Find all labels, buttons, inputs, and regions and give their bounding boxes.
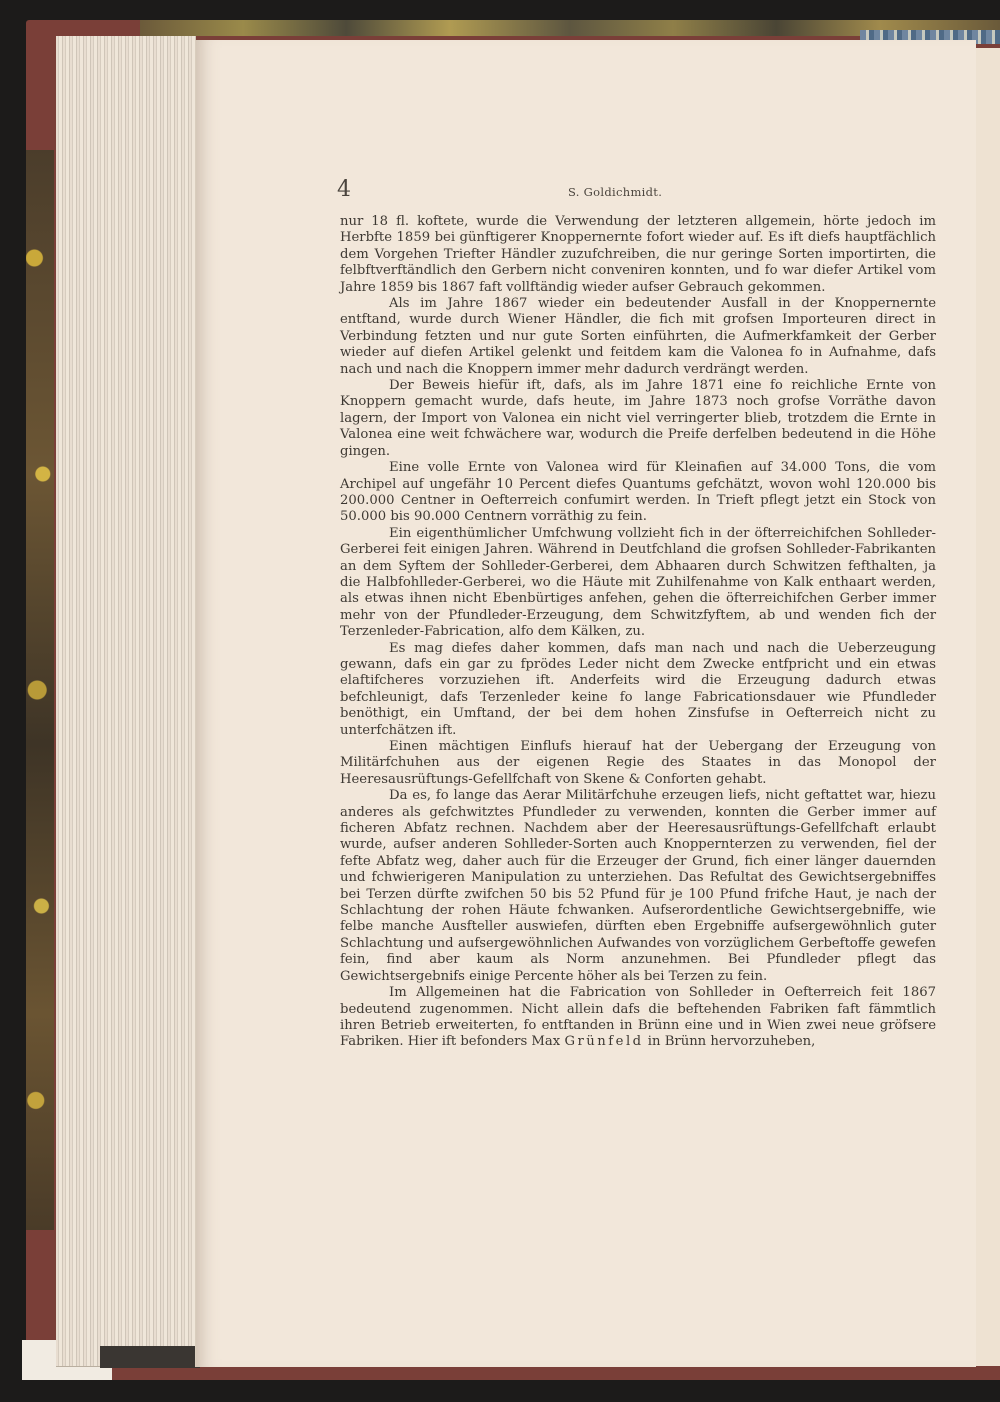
body-text: nur 18 fl. koftete, wurde die Verwendung… bbox=[340, 214, 936, 1051]
paragraph: Als im Jahre 1867 wieder ein bedeutender… bbox=[340, 296, 936, 378]
paragraph-text: in Brünn hervorzuheben, bbox=[644, 1034, 816, 1049]
facing-page-edge bbox=[975, 48, 1000, 1366]
paragraph-last: Im Allgemeinen hat die Fabrication von S… bbox=[340, 985, 936, 1051]
paragraph: Eine volle Ernte von Valonea wird für Kl… bbox=[340, 460, 936, 526]
paragraph: Es mag diefes daher kommen, dafs man nac… bbox=[340, 641, 936, 739]
paragraph: Der Beweis hiefür ift, dafs, als im Jahr… bbox=[340, 378, 936, 460]
page-stack-edge bbox=[56, 36, 196, 1367]
marbled-board-left bbox=[26, 150, 54, 1230]
paragraph: nur 18 fl. koftete, wurde die Verwendung… bbox=[340, 214, 936, 296]
paragraph: Ein eigenthümlicher Umfchwung vollzieht … bbox=[340, 526, 936, 641]
page-number: 4 bbox=[337, 177, 351, 202]
paragraph: Einen mächtigen Einflufs hierauf hat der… bbox=[340, 739, 936, 788]
paragraph: Da es, fo lange das Aerar Militärfchuhe … bbox=[340, 788, 936, 985]
spaced-name: Grünfeld bbox=[564, 1034, 643, 1049]
running-head: S. Goldichmidt. bbox=[568, 185, 662, 199]
page-stack-shadow bbox=[100, 1346, 200, 1368]
